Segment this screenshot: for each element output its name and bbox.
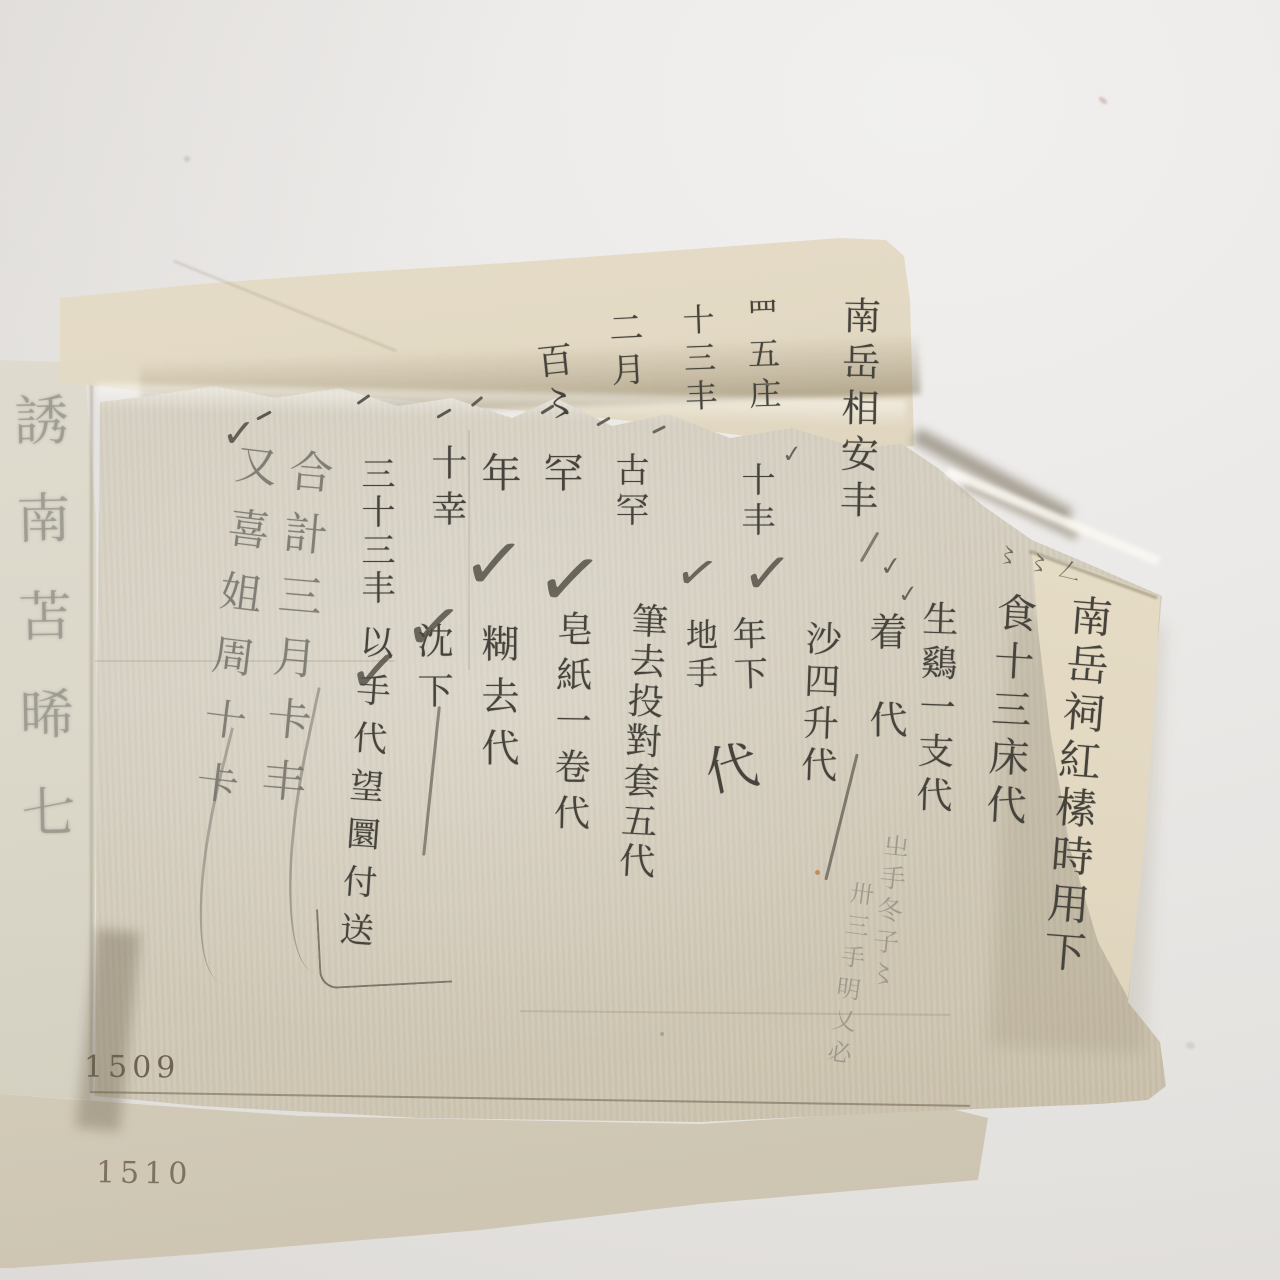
check-mark: ✓	[781, 441, 803, 467]
dust-speck	[815, 870, 820, 875]
handwritten-column: 代	[695, 737, 757, 799]
check-mark: ✓	[879, 553, 903, 581]
handwritten-column: 百〻	[532, 340, 577, 427]
handwritten-column: 食十三床代	[982, 591, 1035, 833]
handwritten-column: 十三丰	[680, 302, 716, 417]
handwritten-column: 地手	[684, 618, 716, 694]
dust-speck	[1098, 95, 1109, 105]
bleedthrough-text: 誘南苫晞七	[10, 392, 73, 883]
check-mark: ✓	[739, 542, 794, 606]
check-mark: ✓	[897, 581, 919, 607]
handwritten-column: 皂紙一卷代	[550, 610, 590, 841]
photo-of-manuscripts: 1510 誘南苫晞七 二月 十三丰 罒五庄 百〻 南岳相安丰 食十三床代 生鷄一…	[0, 0, 1280, 1280]
catalog-stamp-1509: 1509	[84, 1050, 181, 1086]
catalog-stamp-1510: 1510	[96, 1155, 193, 1192]
dust-speck	[1186, 1042, 1195, 1049]
pencil-check-mark: ✓	[221, 413, 256, 454]
handwritten-column: 年下	[729, 615, 766, 696]
handwritten-column: 南岳相安丰	[836, 296, 878, 527]
check-mark: ✓	[399, 588, 467, 665]
check-mark: ✓	[531, 536, 609, 625]
handwritten-column: 二月	[605, 309, 643, 395]
dust-speck	[184, 156, 190, 162]
handwritten-column: 古罕	[612, 452, 646, 532]
handwritten-column: 十丰	[738, 462, 772, 542]
check-mark: ✓	[459, 523, 529, 604]
handwritten-column: 生鷄一支代	[912, 599, 956, 820]
bracket-mark	[316, 903, 452, 990]
handwritten-column: 糊去代	[478, 624, 516, 780]
dust-speck	[660, 1032, 664, 1036]
handwritten-column: 年	[478, 452, 518, 492]
handwritten-column: 罒五庄	[744, 296, 780, 417]
handwritten-column: 着 代	[866, 612, 904, 744]
handwritten-column: 三十三丰	[358, 456, 392, 608]
handwritten-column: 罕	[540, 452, 580, 492]
handwritten-column: 十幸	[428, 444, 464, 536]
handwritten-column: 沙四升代	[797, 619, 839, 788]
